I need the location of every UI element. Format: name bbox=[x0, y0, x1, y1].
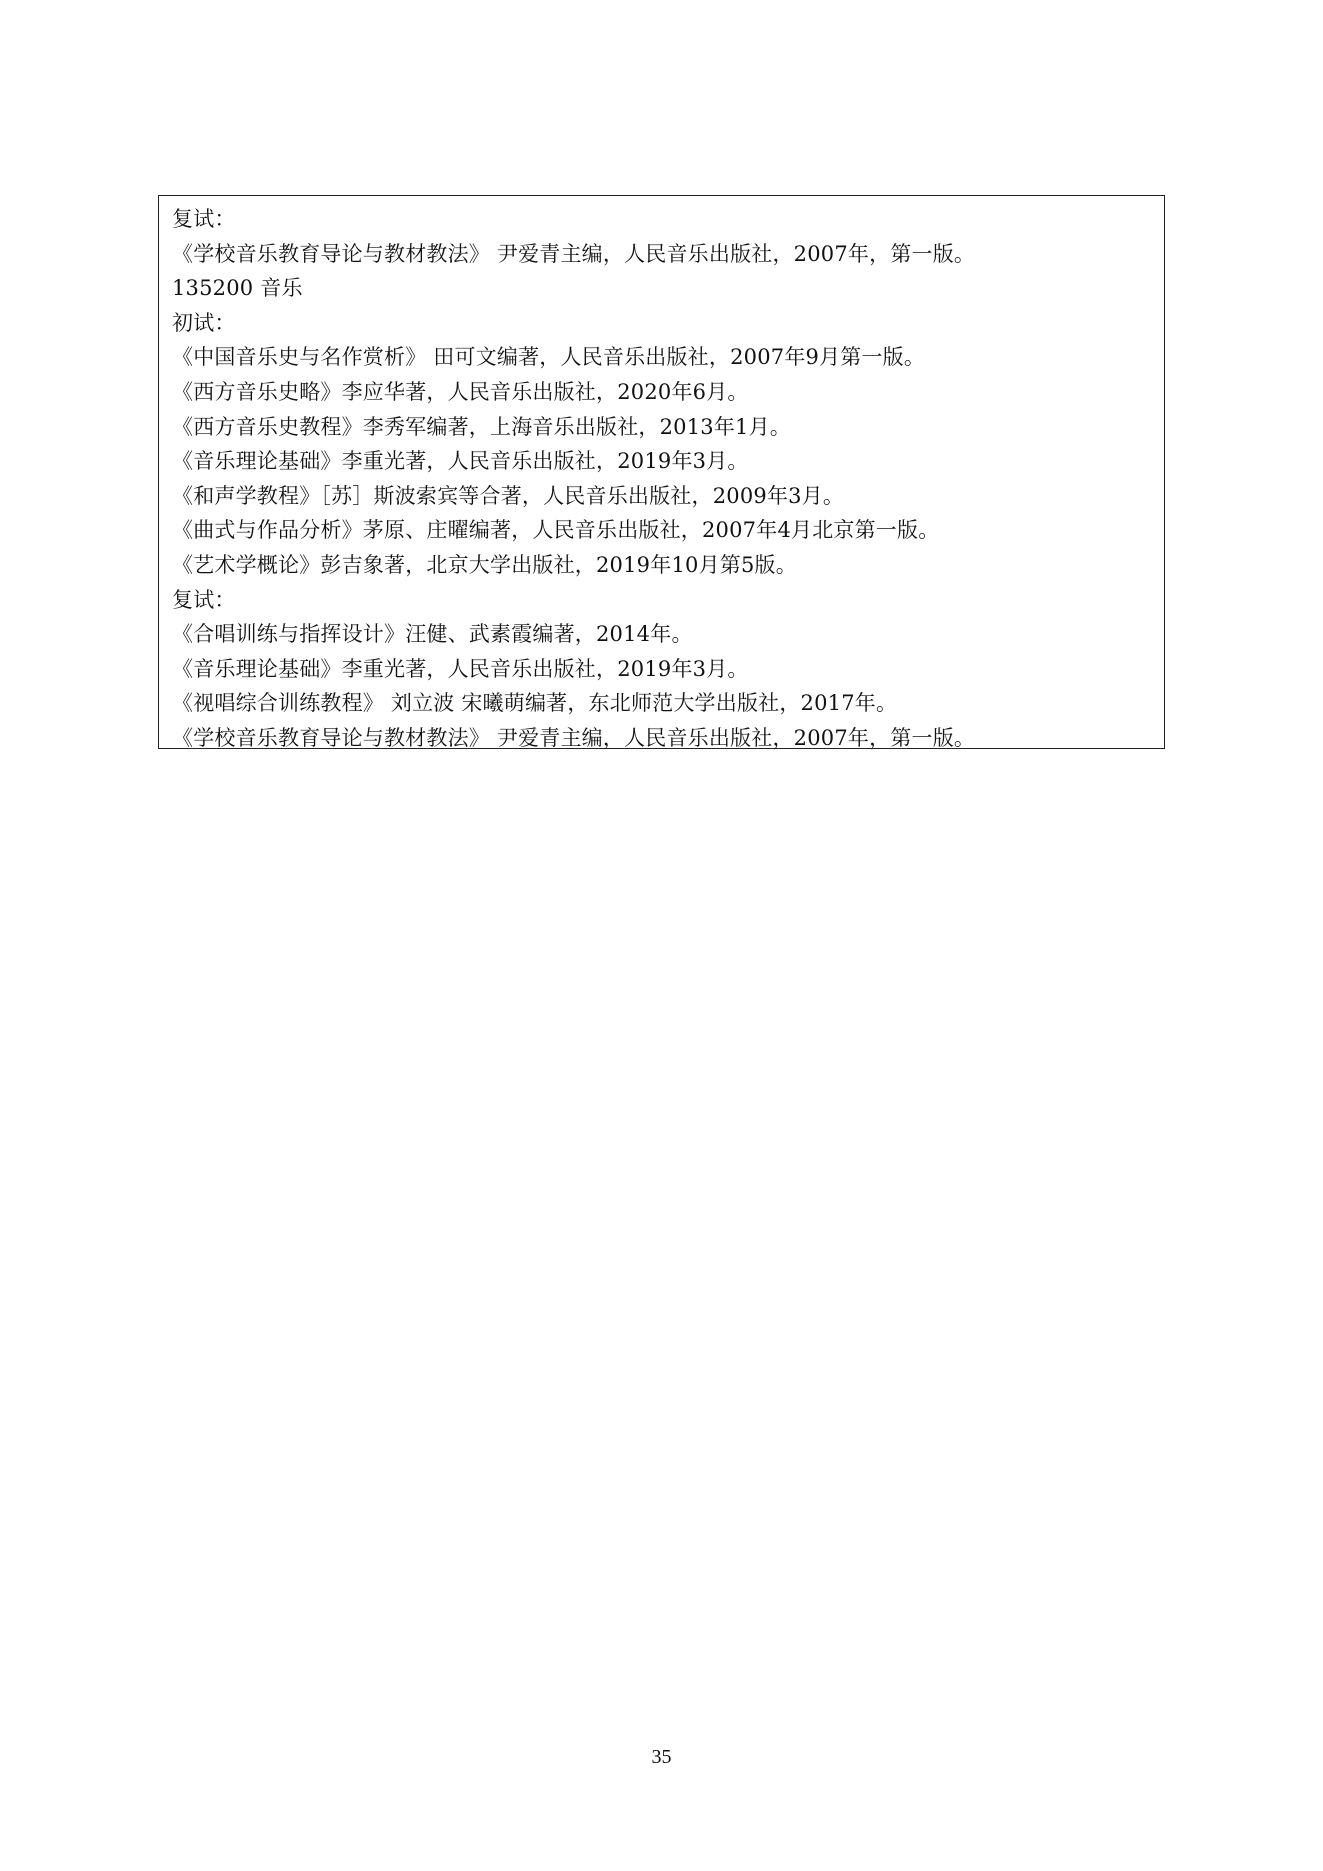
reference-item: 《和声学教程》［苏］斯波索宾等合著，人民音乐出版社，2009年3月。 bbox=[172, 479, 1164, 514]
reference-item: 《学校音乐教育导论与教材教法》 尹爱青主编，人民音乐出版社，2007年，第一版。 bbox=[172, 237, 1164, 272]
reference-item: 《西方音乐史教程》李秀军编著，上海音乐出版社，2013年1月。 bbox=[172, 410, 1164, 445]
reference-item: 《艺术学概论》彭吉象著，北京大学出版社，2019年10月第5版。 bbox=[172, 548, 1164, 583]
reference-item: 《音乐理论基础》李重光著，人民音乐出版社，2019年3月。 bbox=[172, 652, 1164, 687]
reference-item: 《合唱训练与指挥设计》汪健、武素霞编著，2014年。 bbox=[172, 617, 1164, 652]
section-heading-preliminary: 初试： bbox=[172, 306, 1164, 341]
section-heading-retest: 复试： bbox=[172, 202, 1164, 237]
page-number: 35 bbox=[0, 1746, 1323, 1769]
reference-list-box: 复试： 《学校音乐教育导论与教材教法》 尹爱青主编，人民音乐出版社，2007年，… bbox=[158, 195, 1165, 749]
reference-item: 《西方音乐史略》李应华著，人民音乐出版社，2020年6月。 bbox=[172, 375, 1164, 410]
reference-item: 《曲式与作品分析》茅原、庄曜编著，人民音乐出版社，2007年4月北京第一版。 bbox=[172, 513, 1164, 548]
program-title-music: 135200 音乐 bbox=[172, 271, 1164, 306]
reference-item: 《视唱综合训练教程》 刘立波 宋曦萌编著，东北师范大学出版社，2017年。 bbox=[172, 686, 1164, 721]
reference-item: 《中国音乐史与名作赏析》 田可文编著，人民音乐出版社，2007年9月第一版。 bbox=[172, 340, 1164, 375]
reference-item: 《音乐理论基础》李重光著，人民音乐出版社，2019年3月。 bbox=[172, 444, 1164, 479]
section-heading-retest: 复试： bbox=[172, 583, 1164, 618]
reference-item: 《学校音乐教育导论与教材教法》 尹爱青主编，人民音乐出版社，2007年，第一版。 bbox=[172, 721, 1164, 756]
